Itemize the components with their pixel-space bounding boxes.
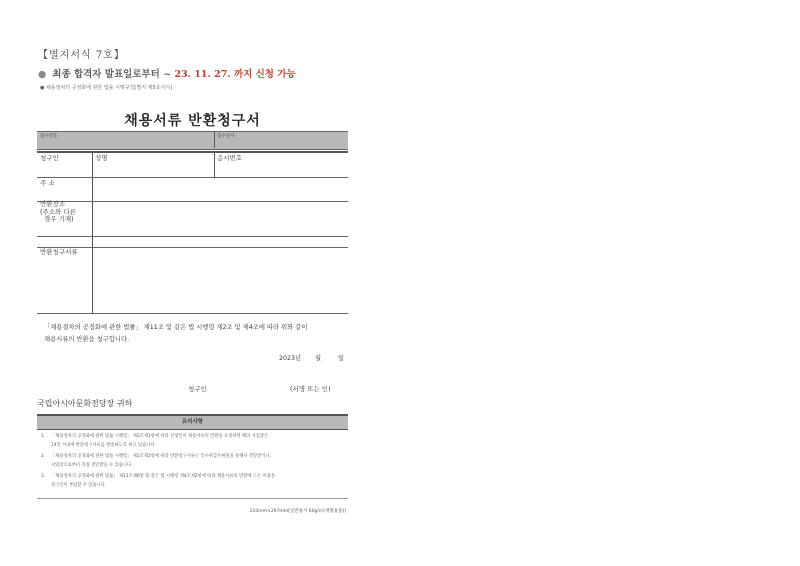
notice-text: 「채용절차의 공정화에 관한 법률 시행령」 제2조제2항에 따라 반환청구서류… — [51, 454, 271, 459]
return-place-label-line: 경우 기재) — [40, 216, 76, 224]
divider — [37, 313, 348, 314]
request-statement: 「채용절차의 공정화에 관한 법률」 제11조 및 같은 법 시행령 제2조 및… — [44, 322, 346, 346]
documents-label: 반환청구서류 — [40, 247, 78, 256]
address-field[interactable] — [93, 178, 347, 200]
divider — [214, 152, 215, 177]
form-number: 【별지서식 7호】 — [38, 46, 125, 61]
bullet-icon: ● — [38, 69, 46, 80]
notice-number: 1. — [41, 433, 51, 442]
receipt-row — [37, 131, 348, 150]
notice-text: 사업장으로부터 직접 전달받을 수 있습니다. — [41, 462, 346, 471]
claimant-label: 청구인 — [40, 153, 59, 162]
notice-text: 「채용절차의 공정화에 관한 법률」 제11조제6항 및 같은 법 시행령 제4… — [51, 474, 275, 479]
divider — [37, 151, 348, 153]
divider — [214, 131, 215, 148]
date-month: 월 — [315, 353, 321, 362]
recipient: 국립아시아문화전당장 귀하 — [37, 398, 132, 409]
legal-reference: ● 채용절차의 공정화에 관한 법률 시행규칙[별지 제5호서식] — [40, 84, 172, 91]
divider — [37, 498, 348, 499]
receipt-number-label: 접수번호 — [40, 133, 57, 139]
return-place-field[interactable] — [93, 202, 347, 236]
statement-line: 「채용절차의 공정화에 관한 법률」 제11조 및 같은 법 시행령 제2조 및… — [44, 322, 346, 334]
date-year: 2023년 — [279, 353, 301, 362]
name-field[interactable]: 성명 — [95, 153, 108, 162]
form-title: 채용서류 반환청구서 — [37, 110, 348, 130]
deadline-date: 23. 11. 27. 까지 신청 가능 — [174, 69, 295, 80]
paper-spec: 210mm×297mm[일반용지 60g/㎡(재활용품)] — [200, 508, 346, 514]
claimant-signature-label: 청구인 — [188, 384, 207, 393]
deadline-notice: ●최종 합격자 발표일로부터 ~ 23. 11. 27. 까지 신청 가능 — [38, 66, 296, 80]
address-label: 주 소 — [40, 178, 55, 187]
divider — [37, 236, 348, 237]
receipt-date-label: 접수일자 — [217, 133, 234, 139]
notice-header: 유의사항 — [37, 414, 348, 430]
notice-item: 1.「채용절차의 공정화에 관한 법률 시행령」 제2조제1항에 따라 신청인이… — [41, 433, 346, 450]
divider — [92, 152, 93, 313]
notice-item: 3.「채용절차의 공정화에 관한 법률」 제11조제6항 및 같은 법 시행령 … — [41, 473, 346, 490]
documents-field[interactable] — [93, 248, 347, 313]
statement-line: 채용서류의 반환을 청구합니다. — [44, 334, 346, 346]
exam-number-field[interactable]: 응시번호 — [217, 153, 242, 162]
deadline-prefix: 최종 합격자 발표일로부터 ~ — [52, 69, 174, 80]
notice-text: 14일 이내에 반환청구서류를 발송하도록 하고 있습니다. — [41, 442, 346, 451]
signature-field[interactable]: (서명 또는 인) — [290, 384, 331, 393]
notice-number: 2. — [41, 453, 51, 462]
notice-item: 2.「채용절차의 공정화에 관한 법률 시행령」 제2조제2항에 따라 반환청구… — [41, 453, 346, 470]
notice-text: 「채용절차의 공정화에 관한 법률 시행령」 제2조제1항에 따라 신청인이 채… — [51, 434, 268, 439]
notice-number: 3. — [41, 473, 51, 482]
date-day: 일 — [338, 353, 344, 362]
notice-text: 청구인이 부담할 수 있습니다. — [41, 482, 346, 491]
return-place-label: 반환장소 (주소와 다른 경우 기재) — [40, 201, 76, 224]
